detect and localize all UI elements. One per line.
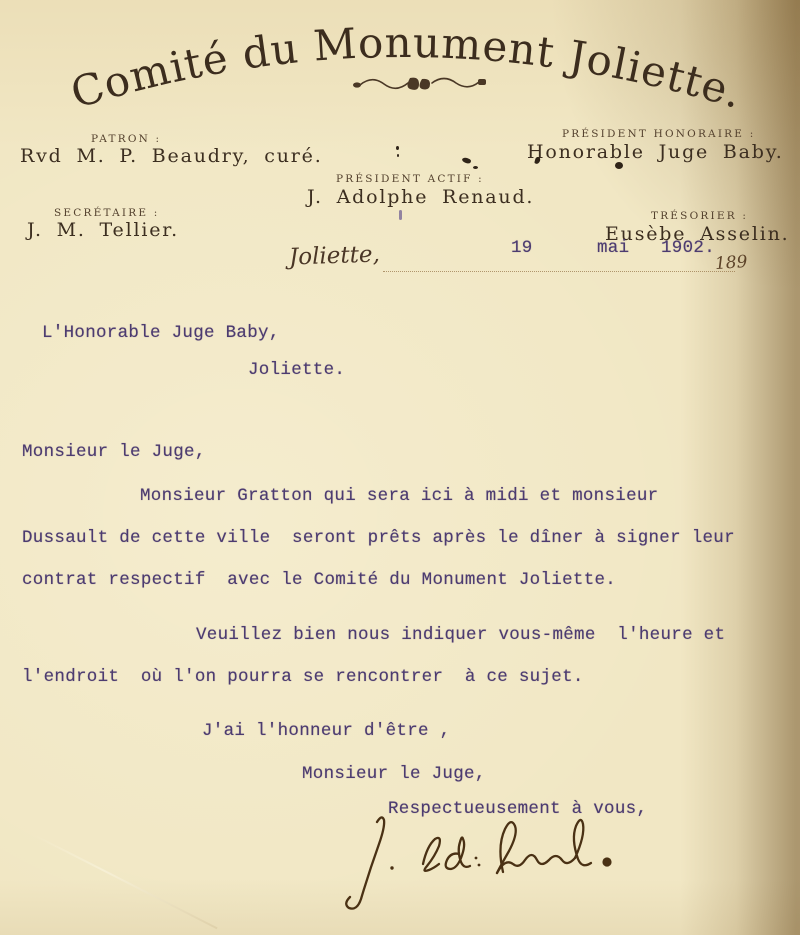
tresorier-label: TRÉSORIER : (651, 210, 748, 222)
ink-blot (473, 166, 478, 169)
dateline-typed-month: mai (597, 238, 629, 258)
recipient-city: Joliette. (248, 360, 345, 380)
dateline-typed-year: 1902. (661, 238, 715, 258)
svg-text:Comité du Monument Joliette.: Comité du Monument Joliette. (65, 18, 748, 118)
president-actif-label: PRÉSIDENT ACTIF : (336, 173, 484, 185)
ink-blot (399, 210, 402, 220)
president-actif-name: J. Adolphe Renaud. (307, 186, 534, 208)
recipient-name: L'Honorable Juge Baby, (42, 323, 280, 343)
body-line: Monsieur Gratton qui sera ici à midi et … (140, 486, 658, 506)
closing-line: J'ai l'honneur d'être , (202, 721, 450, 741)
letter-document-page: Comité du Monument Joliette. PATRON : Rv… (0, 0, 800, 935)
salutation: Monsieur le Juge, (22, 442, 206, 462)
dateline-printed-year-prefix: 189 (714, 252, 748, 274)
body-line: Veuillez bien nous indiquer vous-même l'… (196, 625, 725, 645)
letterhead-title-arc: Comité du Monument Joliette. (0, 4, 800, 134)
ink-blot (397, 154, 399, 157)
body-line: contrat respectif avec le Comité du Monu… (22, 570, 616, 590)
header-flourish-ornament (352, 70, 488, 96)
body-line: l'endroit où l'on pourra se rencontrer à… (22, 667, 584, 687)
fold-crease (30, 832, 218, 929)
secretaire-name: J. M. Tellier. (27, 219, 179, 241)
secretaire-label: SECRÉTAIRE : (54, 207, 159, 219)
body-line: Dussault de cette ville seront prêts apr… (22, 528, 735, 548)
ink-blot (615, 162, 623, 169)
ink-blot (461, 157, 471, 165)
dateline-typed-day: 19 (511, 238, 533, 258)
closing-line: Monsieur le Juge, (302, 764, 486, 784)
president-honoraire-name: Honorable Juge Baby. (527, 141, 784, 163)
patron-name: Rvd M. P. Beaudry, curé. (20, 145, 323, 167)
ink-blot (534, 156, 541, 164)
ink-blot (396, 146, 399, 150)
letterhead-title: Comité du Monument Joliette. (65, 18, 748, 118)
patron-label: PATRON : (91, 133, 161, 145)
signature (335, 806, 645, 931)
dateline-place-script: Joliette, (289, 241, 381, 270)
president-honoraire-label: PRÉSIDENT HONORAIRE : (562, 128, 755, 140)
